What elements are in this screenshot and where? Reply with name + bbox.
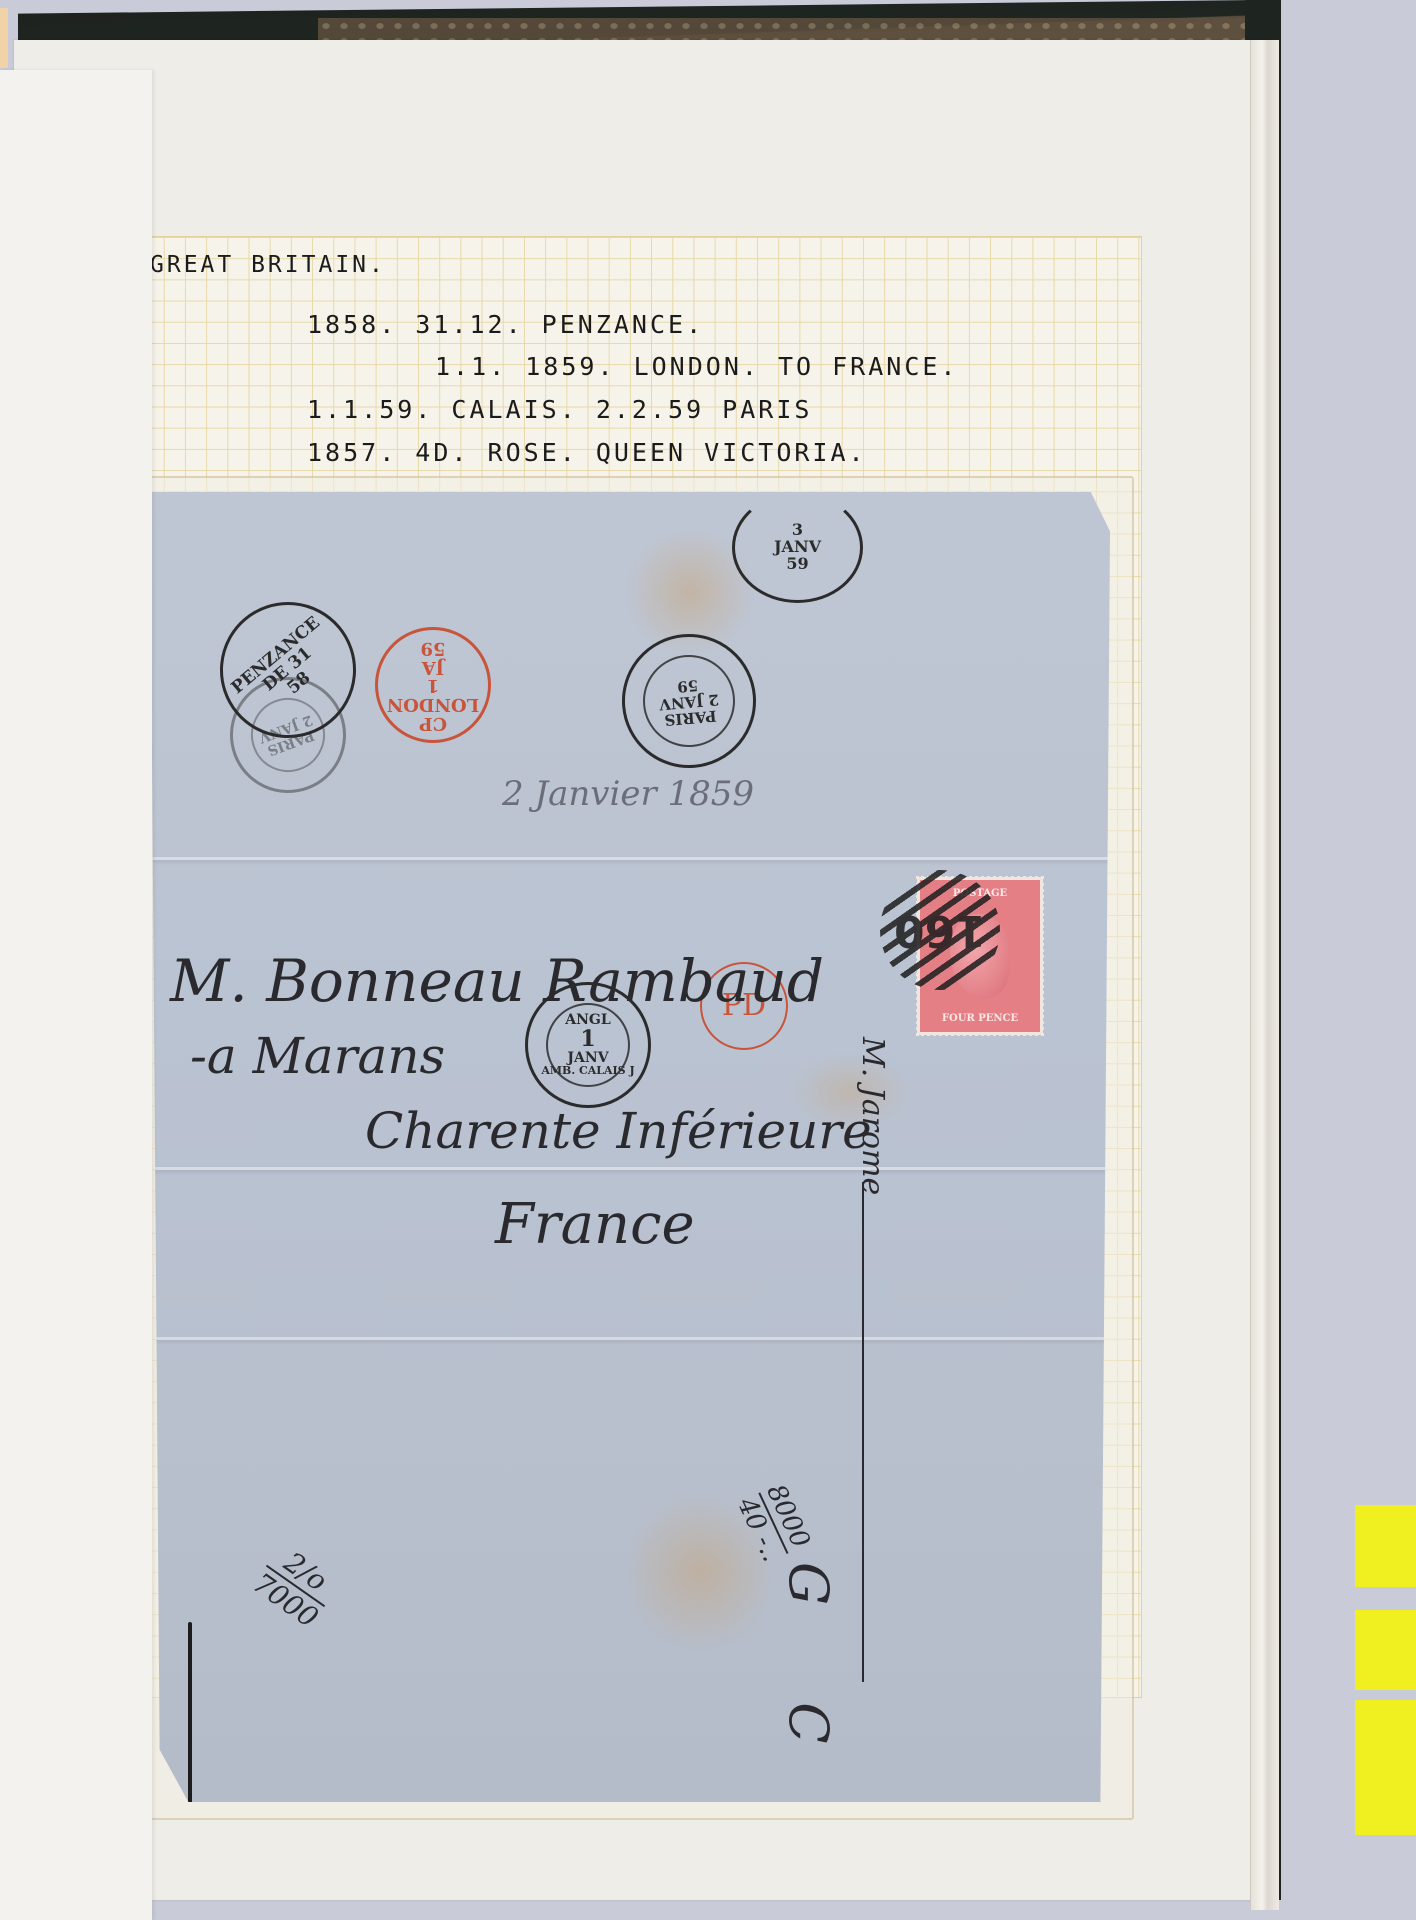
postmark-code: CP <box>419 713 447 732</box>
stamp-bottom-text: FOUR PENCE <box>942 1013 1018 1024</box>
postmark-month: JA <box>422 657 444 676</box>
cancel-number: 160 <box>894 905 986 956</box>
fraction-left: 2/o 7000 <box>247 1538 344 1635</box>
caption-line: 1.1. 1859. LONDON. TO FRANCE. <box>435 352 959 381</box>
arrival-postmark: 3 JANV 59 <box>732 492 863 603</box>
fold-line <box>150 1337 1110 1340</box>
right-letters: G C <box>777 1562 840 1784</box>
caption-heading: GREAT BRITAIN. <box>150 252 386 278</box>
address-line-2: -a Marans <box>190 1027 445 1085</box>
paris-postmark-right: PARIS 2 JANV 59 <box>616 628 761 773</box>
caption-line: 1858. 31.12. PENZANCE. <box>307 310 704 339</box>
postmark-day: 1 <box>427 676 440 695</box>
london-postmark: CP LONDON 1 JA 59 <box>375 627 491 743</box>
caption-line: 1857. 4D. ROSE. QUEEN VICTORIA. <box>307 438 867 467</box>
pencil-date: 2 Janvier 1859 <box>502 774 754 814</box>
caption-line: 1.1.59. CALAIS. 2.2.59 PARIS <box>307 395 812 424</box>
index-tab[interactable] <box>1355 1505 1416 1587</box>
postmark-year: 59 <box>420 638 445 657</box>
index-tab[interactable] <box>1355 1700 1416 1835</box>
bracket-mark <box>188 1622 192 1812</box>
page-edge <box>0 8 8 68</box>
facing-page <box>0 70 152 1920</box>
postmark-town: LONDON <box>387 694 480 713</box>
right-vertical-note: M. Jarome <box>855 1037 890 1195</box>
fold-line <box>150 1167 1110 1170</box>
address-line-1: M. Bonneau Rambaud <box>170 947 824 1015</box>
index-tab[interactable] <box>1355 1610 1416 1690</box>
fold-line <box>150 857 1110 860</box>
vertical-rule <box>862 1182 864 1682</box>
postal-cover: PENZANCE DE 31 58 PARIS 2 JANV CP LONDON… <box>150 492 1110 1802</box>
numeral-cancel: 160 <box>880 870 1000 990</box>
address-line-4: France <box>495 1192 695 1257</box>
page-stack-edge <box>1250 40 1279 1910</box>
address-line-3: Charente Inférieure <box>365 1102 872 1160</box>
postmark-year: 59 <box>786 556 808 573</box>
